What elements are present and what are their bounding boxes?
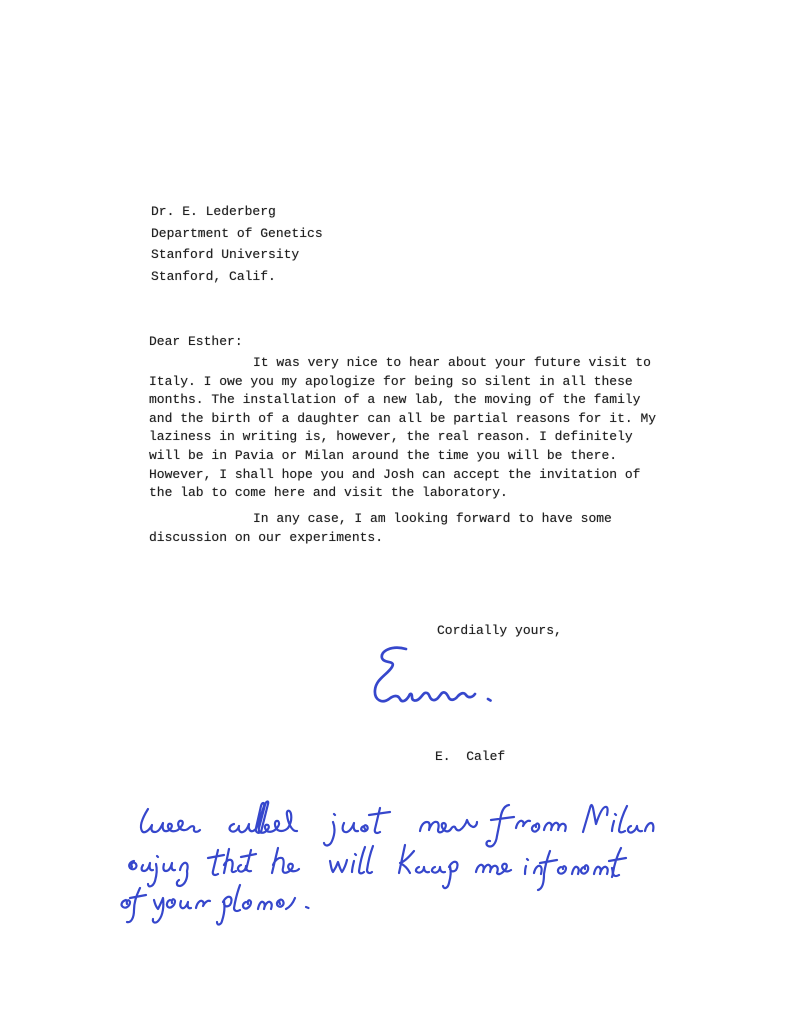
note-line-2	[129, 845, 626, 890]
body-line: In any case, I am looking forward to hav…	[149, 510, 679, 529]
body-paragraph-1: It was very nice to hear about your futu…	[149, 354, 679, 503]
signature-period	[488, 699, 491, 701]
note-line-3-text: of your plans.	[0, 0, 1, 1]
body-line: Italy. I owe you my apologize for being …	[149, 373, 679, 392]
body-line: will be in Pavia or Milan around the tim…	[149, 447, 679, 466]
recipient-address: Dr. E. Lederberg Department of Genetics …	[151, 201, 323, 287]
note-line-1	[141, 801, 653, 846]
body-line: discussion on our experiments.	[149, 529, 679, 548]
body-line: However, I shall hope you and Josh can a…	[149, 466, 679, 485]
note-line-1-text: Luca called just now from Milan	[0, 0, 1, 1]
body-line: It was very nice to hear about your futu…	[149, 354, 679, 373]
body-line: months. The installation of a new lab, t…	[149, 391, 679, 410]
body-line: laziness in writing is, however, the rea…	[149, 428, 679, 447]
note-line-2-text: saying that he will keep me informed	[0, 0, 1, 1]
address-line-4: Stanford, Calif.	[151, 266, 323, 288]
body-line: and the birth of a daughter can all be p…	[149, 410, 679, 429]
typed-signature-name: E. Calef	[435, 748, 505, 767]
address-line-2: Department of Genetics	[151, 223, 323, 245]
body-paragraph-2: In any case, I am looking forward to hav…	[149, 510, 679, 547]
closing: Cordially yours,	[437, 622, 562, 641]
handwritten-signature	[372, 645, 512, 715]
address-line-1: Dr. E. Lederberg	[151, 201, 323, 223]
handwritten-note-ink	[90, 795, 670, 935]
address-line-3: Stanford University	[151, 244, 323, 266]
body-line: the lab to come here and visit the labor…	[149, 484, 679, 503]
letter-page: Dr. E. Lederberg Department of Genetics …	[0, 0, 800, 1032]
note-line-3	[122, 885, 309, 925]
salutation: Dear Esther:	[149, 333, 243, 352]
signature-stroke	[375, 648, 475, 701]
